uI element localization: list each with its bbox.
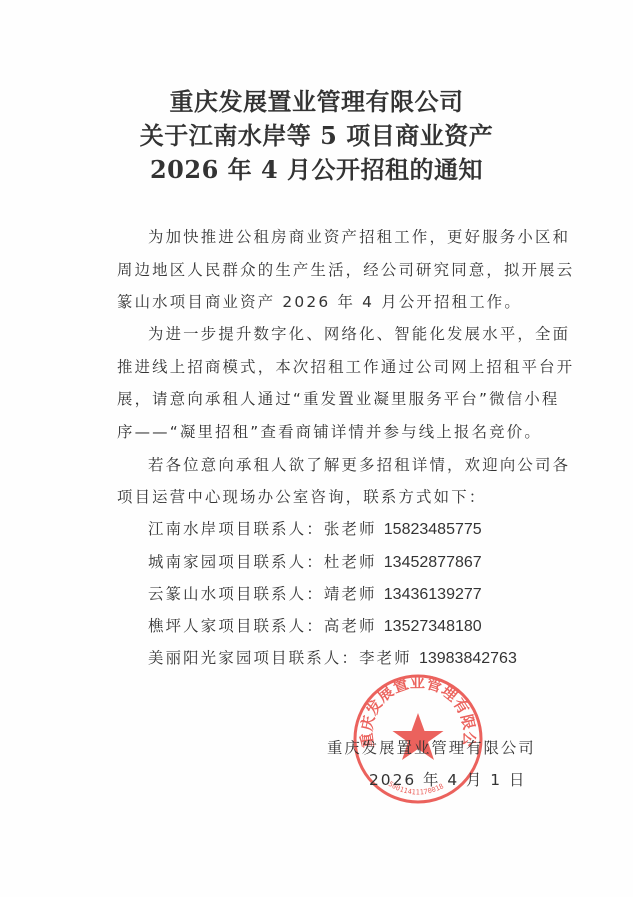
document-page: 重庆发展置业管理有限公司 关于江南水岸等 5 项目商业资产 2026 年 4 月… <box>0 0 633 897</box>
contact-line: 江南水岸项目联系人：张老师 15823485775 <box>148 517 482 539</box>
contact-label: 樵坪人家项目联系人：高老师 <box>148 617 384 635</box>
contact-label: 江南水岸项目联系人：张老师 <box>148 520 384 538</box>
paragraph-1-line-2: 周边地区人民群众的生产生活，经公司研究同意，拟开展云 <box>117 258 574 280</box>
contact-label: 云篆山水项目联系人：靖老师 <box>148 585 384 603</box>
contact-label: 美丽阳光家园项目联系人：李老师 <box>148 649 419 667</box>
contact-label: 城南家园项目联系人：杜老师 <box>148 553 384 571</box>
contact-phone: 13436139277 <box>384 586 482 603</box>
contact-line: 美丽阳光家园项目联系人：李老师 13983842763 <box>148 646 517 668</box>
signature-company: 重庆发展置业管理有限公司 <box>327 736 536 758</box>
contact-line: 云篆山水项目联系人：靖老师 13436139277 <box>148 582 482 604</box>
contact-line: 樵坪人家项目联系人：高老师 13527348180 <box>148 614 482 636</box>
document-title-line-2: 关于江南水岸等 5 项目商业资产 <box>0 116 633 151</box>
paragraph-3-line-1: 若各位意向承租人欲了解更多招租详情，欢迎向公司各 <box>148 453 570 475</box>
contact-line: 城南家园项目联系人：杜老师 13452877867 <box>148 550 482 572</box>
signature-date: 2026 年 4 月 1 日 <box>369 768 526 790</box>
contact-phone: 13452877867 <box>384 554 482 571</box>
contact-phone: 13983842763 <box>419 650 517 667</box>
paragraph-1-line-3: 篆山水项目商业资产 2026 年 4 月公开招租工作。 <box>117 290 522 312</box>
paragraph-2-line-2: 推进线上招商模式，本次招租工作通过公司网上招租平台开 <box>117 355 574 377</box>
paragraph-1-line-1: 为加快推进公租房商业资产招租工作，更好服务小区和 <box>148 225 570 247</box>
paragraph-2-line-1: 为进一步提升数字化、网络化、智能化发展水平，全面 <box>148 322 570 344</box>
paragraph-2-line-4: 序——“凝里招租”查看商铺详情并参与线上报名竞价。 <box>117 420 542 442</box>
document-title-line-1: 重庆发展置业管理有限公司 <box>0 82 633 117</box>
contact-phone: 15823485775 <box>384 521 482 538</box>
contact-phone: 13527348180 <box>384 618 482 635</box>
document-title-line-3: 2026 年 4 月公开招租的通知 <box>0 150 633 185</box>
paragraph-2-line-3: 展，请意向承租人通过“重发置业凝里服务平台”微信小程 <box>117 387 560 409</box>
paragraph-3-line-2: 项目运营中心现场办公室咨询，联系方式如下： <box>117 485 486 507</box>
